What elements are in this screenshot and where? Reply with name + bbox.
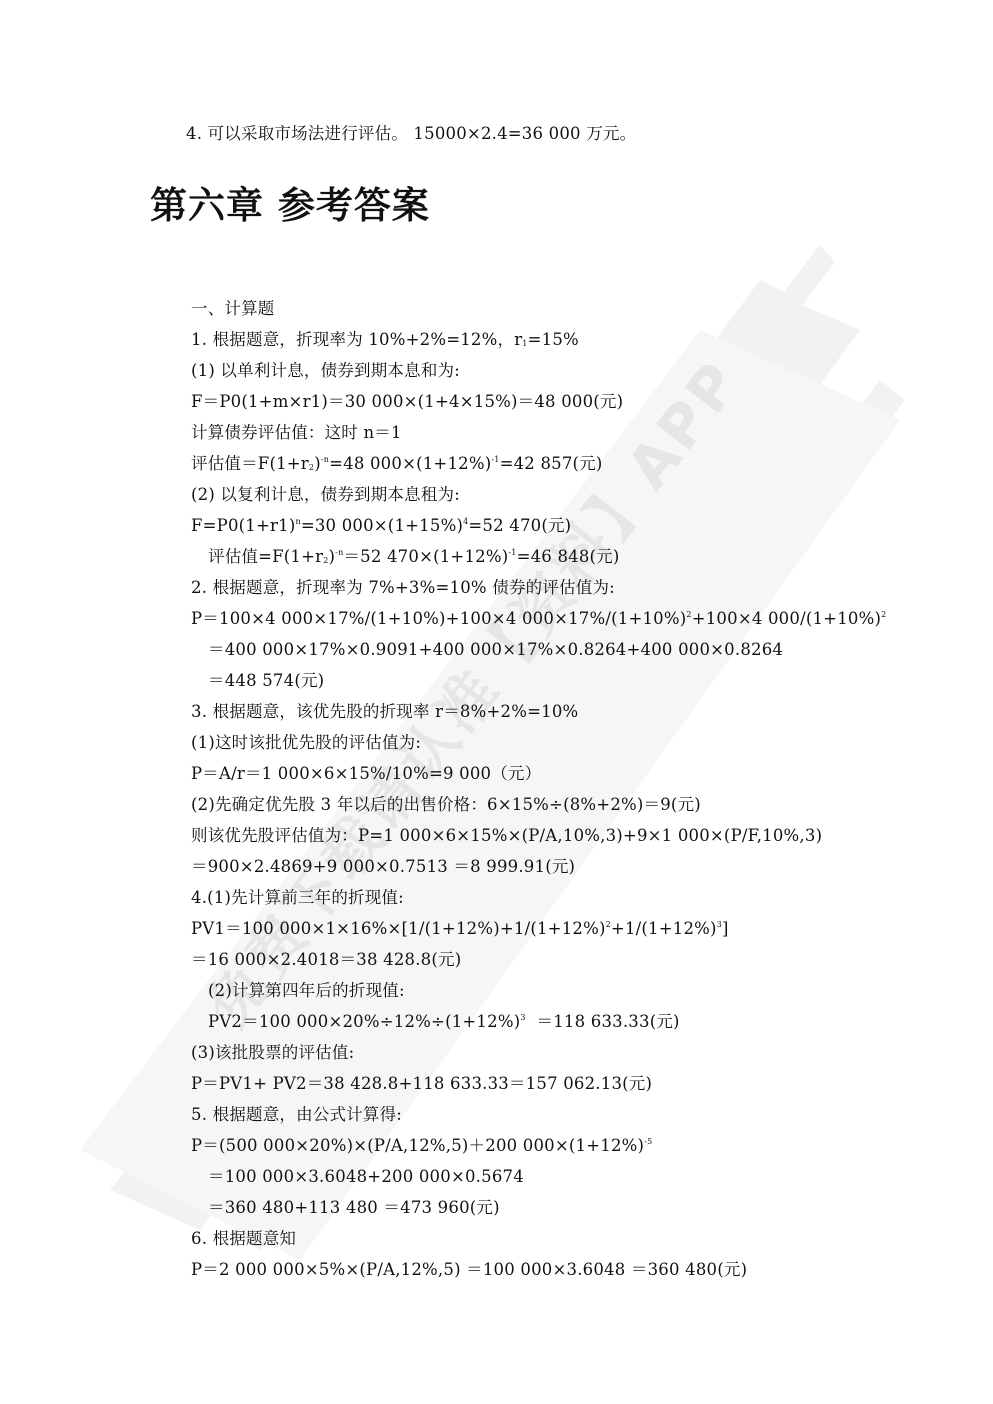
q3-part2-heading: (2)先确定优先股 3 年以后的出售价格：6×15%÷(8%+2%)＝9(元) [191, 795, 701, 815]
q4-pv1-formula: PV1＝100 000×1×16%×[1/(1+12%)+1/(1+12%)2+… [191, 919, 729, 939]
previous-answer-line: 4. 可以采取市场法进行评估。 15000×2.4=36 000 万元。 [186, 124, 636, 144]
q1-compound-heading: (2) 以复利计息，债券到期本息租为: [191, 485, 460, 505]
q2-intro: 2. 根据题意，折现率为 7%+3%=10% 债券的评估值为: [191, 578, 615, 598]
q4-part2-heading: (2)计算第四年后的折现值: [208, 981, 405, 1001]
q5-intro: 5. 根据题意，由公式计算得: [191, 1105, 402, 1125]
q1-compound-value: 评估值=F(1+r2)-n＝52 470×(1+12%)-1=46 848(元) [208, 547, 620, 567]
q5-formula: P＝(500 000×20%)×(P/A,12%,5)＋200 000×(1+1… [191, 1136, 652, 1156]
q3-part2-result: ＝900×2.4869+9 000×0.7513 ＝8 999.91(元) [191, 857, 575, 877]
q3-part2-formula: 则该优先股评估值为：P=1 000×6×15%×(P/A,10%,3)+9×1 … [191, 826, 822, 846]
q2-formula: P＝100×4 000×17%/(1+10%)+100×4 000×17%/(1… [191, 609, 886, 629]
q6-intro: 6. 根据题意知 [191, 1229, 296, 1249]
q1-simple-interest-formula: F＝P0(1+m×r1)＝30 000×(1+4×15%)＝48 000(元) [191, 392, 623, 412]
q3-part1-heading: (1)这时该批优先股的评估值为: [191, 733, 421, 753]
chapter-title: 第六章 参考答案 [150, 183, 430, 229]
q3-part1-formula: P＝A/r＝1 000×6×15%/10%=9 000（元） [191, 764, 541, 784]
q4-part1-heading: 4.(1)先计算前三年的折现值: [191, 888, 404, 908]
q2-result: ＝448 574(元) [208, 671, 324, 691]
q4-part3-heading: (3)该批股票的评估值: [191, 1043, 354, 1063]
q2-step: ＝400 000×17%×0.9091+400 000×17%×0.8264+4… [208, 640, 783, 660]
q5-step: ＝100 000×3.6048+200 000×0.5674 [208, 1167, 524, 1187]
q1-compound-formula: F=P0(1+r1)n=30 000×(1+15%)4=52 470(元) [191, 516, 571, 536]
q3-intro: 3. 根据题意，该优先股的折现率 r＝8%+2%=10% [191, 702, 578, 722]
q1-simple-value: 评估值＝F(1+r2)-n=48 000×(1+12%)-1=42 857(元) [191, 454, 603, 474]
q4-total: P＝PV1+ PV2＝38 428.8+118 633.33＝157 062.1… [191, 1074, 652, 1094]
q6-formula: P＝2 000 000×5%×(P/A,12%,5) ＝100 000×3.60… [191, 1260, 747, 1280]
q1-simple-interest-heading: (1) 以单利计息，债券到期本息和为: [191, 361, 460, 381]
section-heading: 一、计算题 [191, 299, 275, 319]
q1-intro: 1. 根据题意，折现率为 10%+2%=12%，r1=15% [191, 330, 579, 350]
q5-result: ＝360 480+113 480 ＝473 960(元) [208, 1198, 500, 1218]
q4-pv2-formula: PV2＝100 000×20%÷12%÷(1+12%)3 ＝118 633.33… [208, 1012, 680, 1032]
q4-pv1-result: ＝16 000×2.4018＝38 428.8(元) [191, 950, 461, 970]
q1-calc-note: 计算债券评估值：这时 n＝1 [191, 423, 402, 443]
document-page: 免费下载请认准【资料】APP 4. 可以采取市场法进行评估。 15000×2.4… [0, 0, 993, 1404]
